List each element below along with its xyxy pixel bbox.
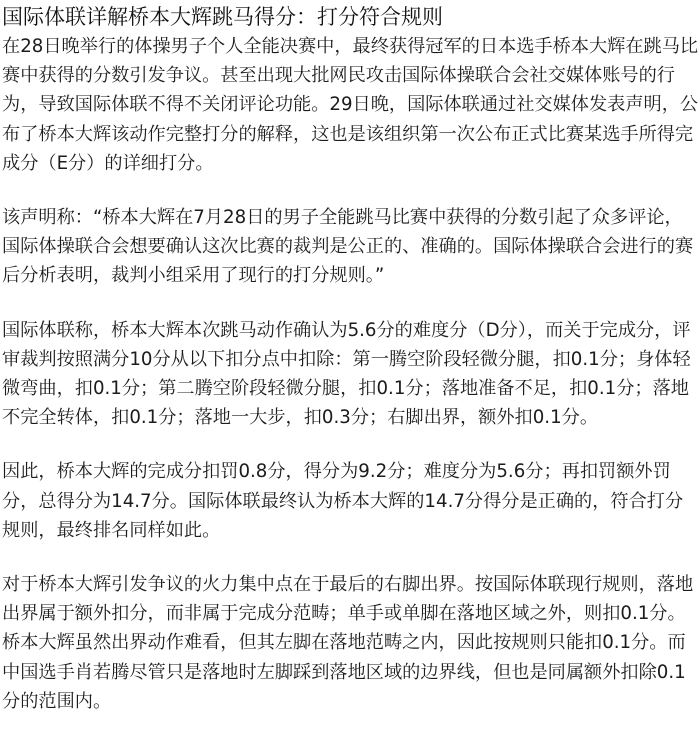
news-article: 国际体联详解桥本大辉跳马得分：打分符合规则 在28日晚举行的体操男子个人全能决赛… <box>0 0 700 716</box>
article-paragraph-statement: 该声明称：“桥本大辉在7月28日的男子全能跳马比赛中获得的分数引起了众多评论，国… <box>2 203 700 291</box>
article-paragraph-deductions: 国际体联称，桥本大辉本次跳马动作确认为5.6分的难度分（D分），而关于完成分，评… <box>2 316 700 433</box>
article-paragraph-intro: 在28日晚举行的体操男子个人全能决赛中，最终获得冠军的日本选手桥本大辉在跳马比赛… <box>2 32 700 178</box>
article-title: 国际体联详解桥本大辉跳马得分：打分符合规则 <box>2 2 700 32</box>
article-paragraph-out-of-bounds: 对于桥本大辉引发争议的火力集中点在于最后的右脚出界。按国际体联现行规则，落地出界… <box>2 570 700 716</box>
article-paragraph-total-score: 因此，桥本大辉的完成分扣罚0.8分，得分为9.2分；难度分为5.6分；再扣罚额外… <box>2 457 700 545</box>
